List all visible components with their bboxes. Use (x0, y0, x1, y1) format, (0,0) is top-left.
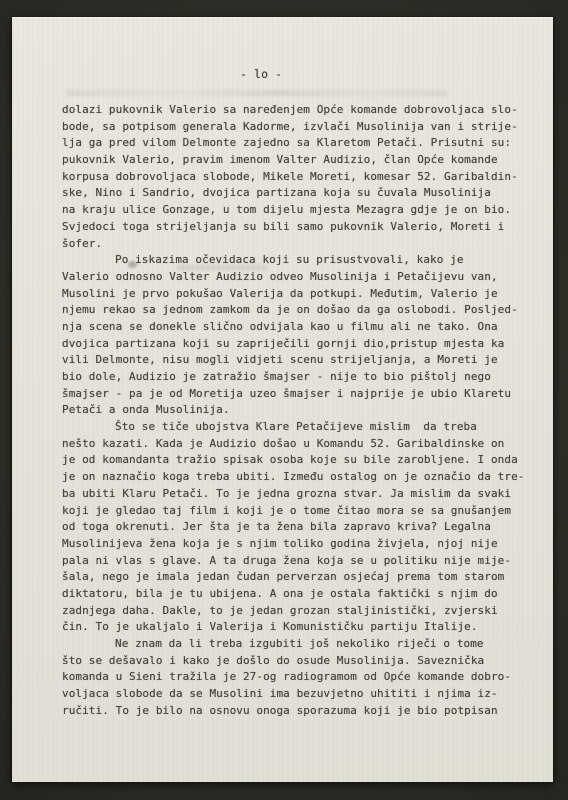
text-line: što se dešavalo i kako je došlo do osude… (62, 653, 527, 670)
paragraph: dolazi pukovnik Valerio sa naređenjem Op… (62, 102, 527, 252)
text-line: nja scena se donekle slično odvijala kao… (62, 319, 527, 336)
text-line: bode, sa potpisom generala Kadorme, izvl… (62, 119, 527, 136)
text-line: Valerio odnosno Valter Audizio odveo Mus… (62, 269, 527, 286)
text-line: šmajser - pa je od Moretija uzeo šmajser… (62, 386, 527, 403)
text-line: voljaca slobode da se Musolini ima bezuv… (62, 686, 527, 703)
text-line: korpusa dobrovoljaca slobode, Mikele Mor… (62, 169, 527, 186)
text-line: je on naznačio koga treba ubiti. Između … (62, 469, 527, 486)
document-body: dolazi pukovnik Valerio sa naređenjem Op… (62, 102, 527, 719)
text-line: ba ubiti Klaru Petači. To je jedna grozn… (62, 486, 527, 503)
paragraph: Što se tiče ubojstva Klare Petačijeve mi… (62, 419, 527, 636)
text-line: na kraju ulice Gonzage, u tom dijelu mje… (62, 202, 527, 219)
text-line: ručiti. To je bilo na osnovu onoga spora… (62, 703, 527, 720)
text-line: nešto kazati. Kada je Audizio došao u Ko… (62, 436, 527, 453)
text-line: lja ga pred vilom Delmonte zajedno sa Kl… (62, 135, 527, 152)
paragraph: Po iskazima očevidaca koji su prisustvov… (62, 252, 527, 419)
text-line: Svjedoci toga strijeljanja su bili samo … (62, 219, 527, 236)
text-line: Musolini je prvo pokušao Valerija da pot… (62, 286, 527, 303)
text-line: vili Delmonte, nisu mogli vidjeti scenu … (62, 352, 527, 369)
text-line: šofer. (62, 236, 527, 253)
text-line: je od komandanta tražio spisak osoba koj… (62, 452, 527, 469)
text-line: komanda u Sieni tražila je 27-og radiogr… (62, 669, 527, 686)
text-line: njemu rekao sa jednom zamkom da je on do… (62, 302, 527, 319)
text-line: pala ni vlas s glave. A ta druga žena ko… (62, 553, 527, 570)
text-line: Ne znam da li treba izgubiti još nekolik… (62, 636, 527, 653)
text-line: zadnjega daha. Dakle, to je jedan grozan… (62, 603, 527, 620)
text-line: bio dole, Audizio je zatražio šmajser - … (62, 369, 527, 386)
text-line: Petači a onda Musolinija. (62, 402, 527, 419)
text-line: šala, nego je imala jedan čudan perverza… (62, 569, 527, 586)
text-line: Po iskazima očevidaca koji su prisustvov… (62, 252, 527, 269)
text-line: ske, Nino i Sandrio, dvojica partizana k… (62, 185, 527, 202)
paragraph: Ne znam da li treba izgubiti još nekolik… (62, 636, 527, 719)
text-line: dolazi pukovnik Valerio sa naređenjem Op… (62, 102, 527, 119)
text-line: dvojica partizana koji su zapriječili go… (62, 336, 527, 353)
text-line: Musolinijeva žena koja je s njim toliko … (62, 536, 527, 553)
document-page: - lo - dolazi pukovnik Valerio sa naređe… (12, 17, 553, 782)
scan-background: { "colors": { "background": "#2a2923", "… (0, 0, 568, 800)
text-line: čin. To je ukaljalo i Valerija i Komunis… (62, 619, 527, 636)
text-line: pukovnik Valerio, pravim imenom Valter A… (62, 152, 527, 169)
page-number: - lo - (240, 67, 282, 81)
text-line: Što se tiče ubojstva Klare Petačijeve mi… (62, 419, 527, 436)
text-line: diktatoru, bila je tu ubijena. A ona je … (62, 586, 527, 603)
text-line: od toga okrenuti. Jer šta je ta žena bil… (62, 519, 527, 536)
text-line: koji je gledao taj film i koji je o tome… (62, 503, 527, 520)
ink-smudge (67, 90, 447, 96)
